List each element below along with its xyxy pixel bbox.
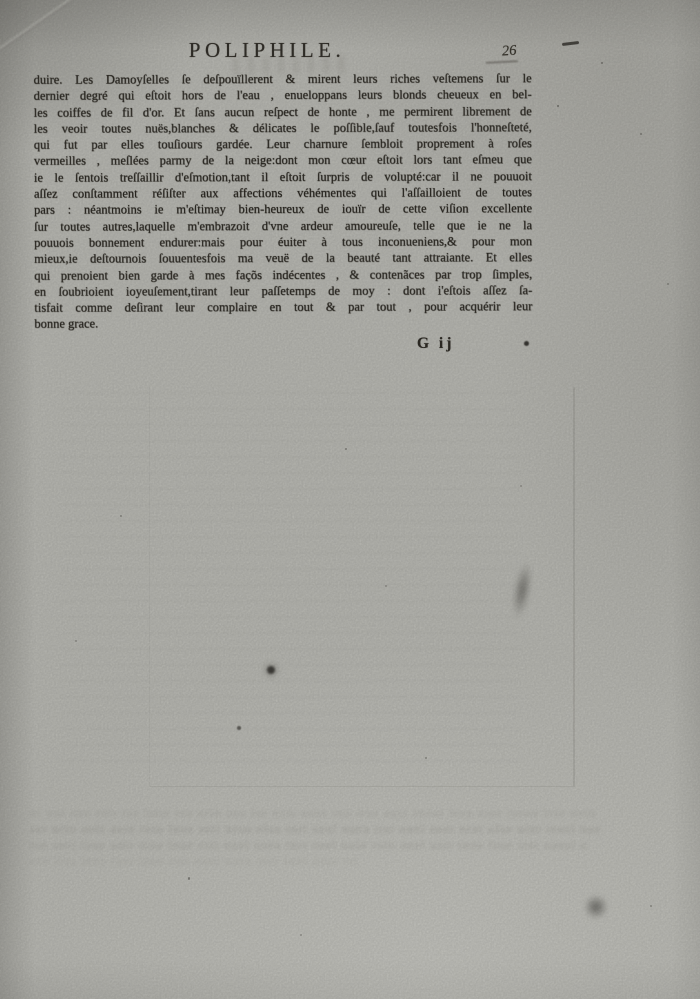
- text-line: les coiffes de fil d'or. Et ſans aucun r…: [34, 103, 532, 121]
- dust-speck: [667, 283, 669, 285]
- dust-speck: [188, 877, 190, 880]
- page-number-underline-mark: [486, 60, 518, 64]
- dust-speck: [601, 62, 603, 64]
- text-line: qui fut par elles touſiours gardée. Leur…: [34, 135, 532, 153]
- dust-speck: [650, 905, 652, 907]
- dust-speck: [640, 133, 642, 135]
- book-page-scan: POLIPHILE. 26 duire. Les Damoyſelles ſe …: [0, 0, 700, 999]
- text-line: en ſoubrioient ioyeuſement,tirant leur p…: [34, 282, 532, 300]
- bleedthrough-line: nr eul sno eits rse lnoe tsu erin aos ls…: [30, 806, 660, 821]
- text-line: mieux,ie deſtournois ſouuentesfois ma ve…: [34, 249, 532, 267]
- page-number: 26: [501, 43, 517, 61]
- text-line: ie le ſentois treſſaillir d'eſmotion,tan…: [34, 168, 532, 186]
- text-line: bonne grace.: [34, 315, 532, 333]
- text-line: pars : néantmoins ie m'eſtimay bien-heur…: [34, 201, 532, 219]
- ink-dash-mark: [562, 41, 579, 46]
- text-line: ſur toutes autres,laquelle m'embrazoit d…: [34, 217, 532, 235]
- text-line: dernier degré qui eſtoit hors de l'eau ,…: [34, 87, 532, 105]
- text-line: duire. Les Damoyſelles ſe deſpouïllerent…: [34, 70, 532, 88]
- text-line: pouuois bonnement endurer:mais pour éuit…: [34, 233, 532, 251]
- paper-crease: [0, 0, 75, 55]
- signature-mark: G ij: [417, 335, 454, 353]
- text-line: vermeilles , meſlées parmy de la neige:d…: [34, 152, 532, 170]
- ink-spot: [524, 341, 529, 346]
- bleedthrough-line: sei nrto uels aein rsto lnue seti nroa e…: [30, 822, 660, 837]
- body-text: duire. Les Damoyſelles ſe deſpouïllerent…: [34, 70, 533, 332]
- paper-stain: [583, 895, 609, 919]
- text-line: qui prenoient bien garde à mes façõs ind…: [34, 266, 532, 284]
- dust-speck: [300, 934, 302, 936]
- text-line: aſſez conſtamment réſiſter aux affection…: [34, 184, 532, 202]
- verso-text-showthrough: [60, 392, 520, 772]
- text-line: les veoir toutes nuës,blanches & délicat…: [34, 119, 532, 137]
- bleedthrough-line: ero ilsu ntea rios lnue rsti noel usea i…: [30, 854, 450, 869]
- bleedthrough-line: tsn oeri lsue antr oise lnue rsti noel u…: [30, 838, 660, 853]
- dust-speck: [557, 105, 559, 107]
- text-line: tisfait comme deſirant leur complaire en…: [34, 298, 532, 316]
